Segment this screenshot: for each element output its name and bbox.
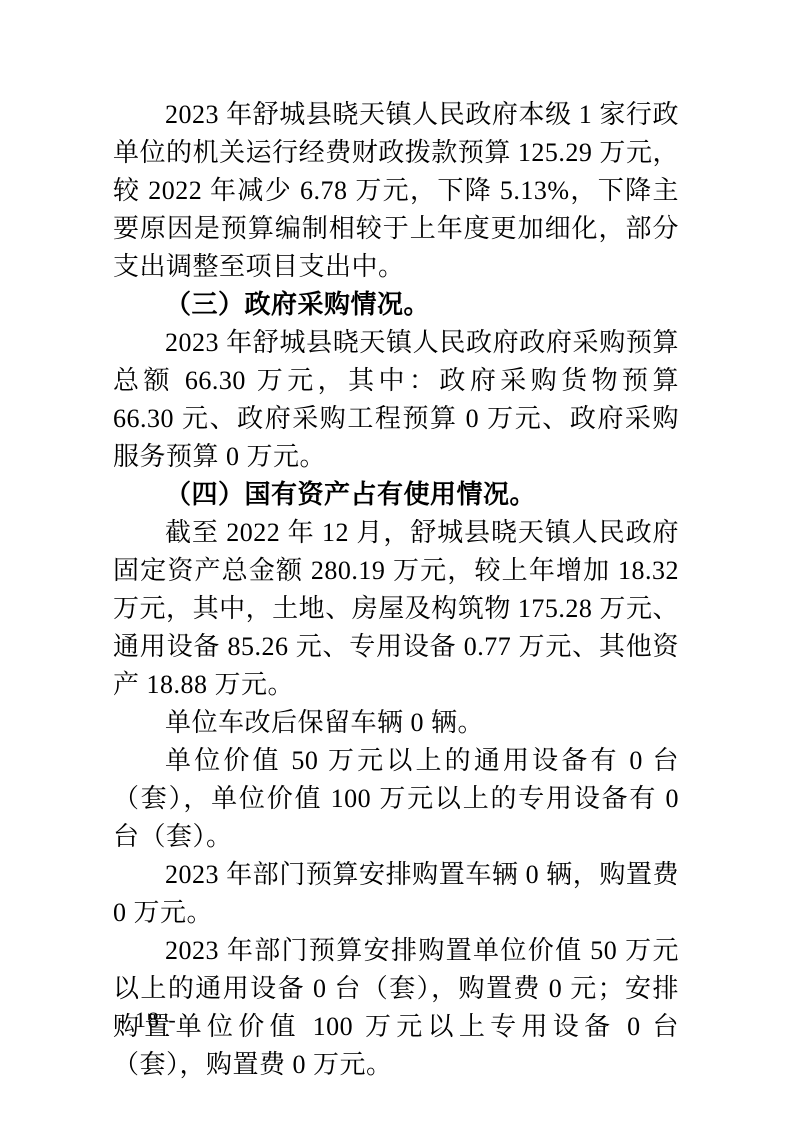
section-heading-state-owned-assets: （四）国有资产占有使用情况。: [113, 476, 679, 514]
paragraph-retained-vehicles: 单位车改后保留车辆 0 辆。: [113, 704, 679, 742]
paragraph-admin-operating-expense: 2023 年舒城县晓天镇人民政府本级 1 家行政单位的机关运行经费财政拨款预算 …: [113, 96, 679, 286]
paragraph-procurement-budget: 2023 年舒城县晓天镇人民政府政府采购预算总额 66.30 万元，其中：政府采…: [113, 324, 679, 476]
paragraph-vehicle-purchase-budget: 2023 年部门预算安排购置车辆 0 辆，购置费 0 万元。: [113, 856, 679, 932]
paragraph-equipment-purchase-budget: 2023 年部门预算安排购置单位价值 50 万元以上的通用设备 0 台（套），购…: [113, 932, 679, 1084]
paragraph-high-value-equipment: 单位价值 50 万元以上的通用设备有 0 台（套），单位价值 100 万元以上的…: [113, 742, 679, 856]
document-body: 2023 年舒城县晓天镇人民政府本级 1 家行政单位的机关运行经费财政拨款预算 …: [113, 96, 679, 1084]
page-number: - 18 -: [118, 1005, 178, 1035]
section-heading-government-procurement: （三）政府采购情况。: [113, 286, 679, 324]
document-page: 2023 年舒城县晓天镇人民政府本级 1 家行政单位的机关运行经费财政拨款预算 …: [0, 0, 793, 1122]
paragraph-fixed-assets: 截至 2022 年 12 月，舒城县晓天镇人民政府固定资产总金额 280.19 …: [113, 514, 679, 704]
